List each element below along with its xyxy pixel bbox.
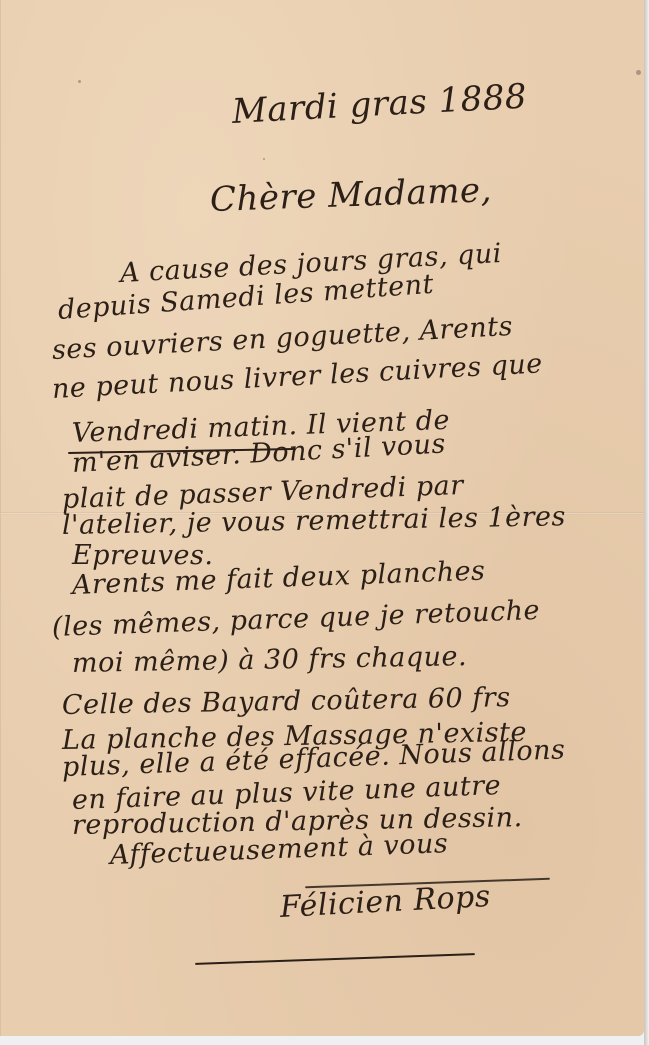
- paper-speck: [263, 158, 265, 160]
- signature-underline: [195, 953, 475, 965]
- letter-paper: Mardi gras 1888 Chère Madame, A cause de…: [0, 0, 644, 1036]
- letter-body-line: (les mêmes, parce que je retouche: [51, 595, 540, 643]
- paper-speck: [636, 70, 641, 75]
- letter-body-line: Celle des Bayard coûtera 60 frs: [62, 682, 511, 721]
- letter-body-line: moi même) à 30 frs chaque.: [72, 641, 468, 679]
- scan-edge: [644, 0, 649, 1045]
- paper-speck: [78, 80, 81, 83]
- letter-date: Mardi gras 1888: [231, 77, 528, 132]
- letter-salutation: Chère Madame,: [209, 170, 492, 220]
